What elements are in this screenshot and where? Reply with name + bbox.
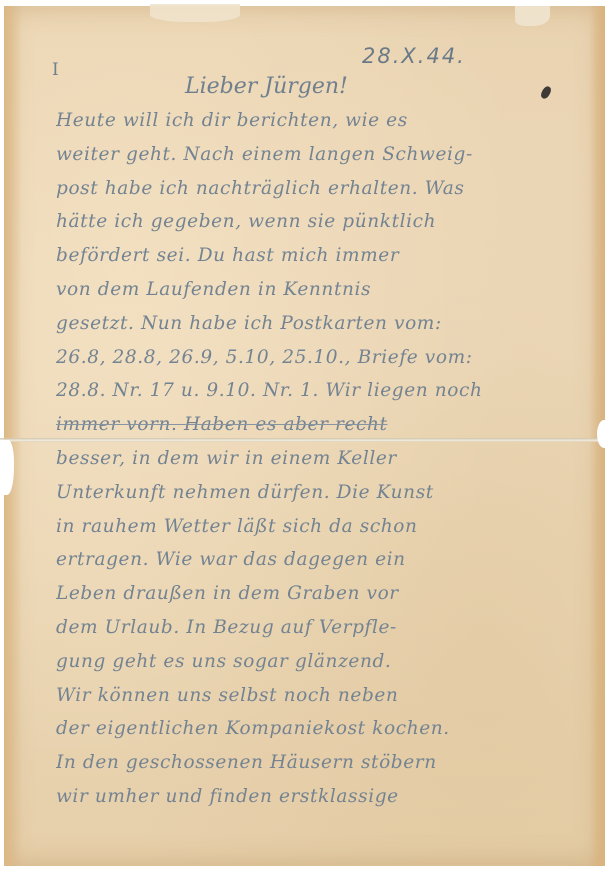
letter-line: gung geht es uns sogar glänzend.	[56, 645, 586, 679]
letter-line: gesetzt. Nun habe ich Postkarten vom:	[56, 307, 586, 341]
letter-line-dates: 28.8. Nr. 17 u. 9.10. Nr. 1. Wir liegen …	[56, 374, 586, 408]
salutation: Lieber Jürgen!	[185, 74, 348, 99]
letter-line: weiter geht. Nach einem langen Schweig-	[56, 138, 586, 172]
letter-line: Heute will ich dir berichten, wie es	[56, 104, 586, 138]
letter-line: besser, in dem wir in einem Keller	[56, 442, 586, 476]
worn-spot-top	[150, 4, 240, 22]
letter-line: Leben draußen in dem Graben vor	[56, 577, 586, 611]
letter-line-struck: immer vorn. Haben es aber recht	[56, 408, 586, 442]
letter-line: dem Urlaub. In Bezug auf Verpfle-	[56, 611, 586, 645]
letter-date: 28.X.44.	[362, 44, 466, 68]
letter-line: Wir können uns selbst noch neben	[56, 679, 586, 713]
tear-hole-right	[597, 420, 611, 448]
letter-line: Unterkunft nehmen dürfen. Die Kunst	[56, 476, 586, 510]
letter-line: befördert sei. Du hast mich immer	[56, 239, 586, 273]
letter-line: wir umher und finden erstklassige	[56, 780, 586, 814]
letter-line: ertragen. Wie war das dagegen ein	[56, 543, 586, 577]
letter-line: hätte ich gegeben, wenn sie pünktlich	[56, 205, 586, 239]
letter-line: In den geschossenen Häusern stöbern	[56, 746, 586, 780]
letter-body: Heute will ich dir berichten, wie es wei…	[56, 104, 586, 814]
page-marker: I	[52, 60, 59, 80]
scan-bottom-edge	[0, 867, 611, 873]
worn-spot-top-right	[515, 6, 550, 26]
letter-line: der eigentlichen Kompaniekost kochen.	[56, 712, 586, 746]
paper-edge-left	[4, 6, 22, 866]
letter-line: post habe ich nachträglich erhalten. Was	[56, 172, 586, 206]
tear-hole-left	[0, 440, 14, 495]
letter-line: von dem Laufenden in Kenntnis	[56, 273, 586, 307]
letter-line: in rauhem Wetter läßt sich da schon	[56, 510, 586, 544]
letter-line-dates: 26.8, 28.8, 26.9, 5.10, 25.10., Briefe v…	[56, 341, 586, 375]
